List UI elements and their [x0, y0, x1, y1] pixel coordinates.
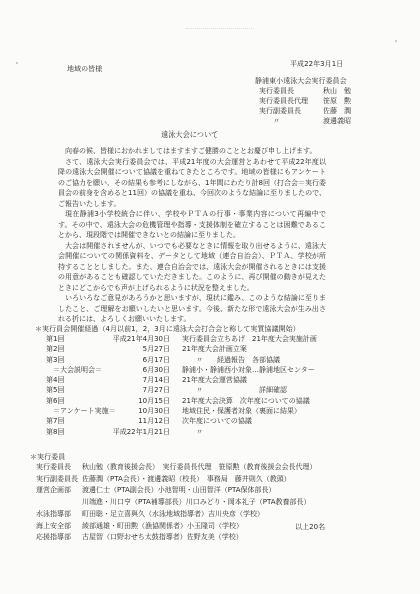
member-role: 実行委員長: [36, 462, 82, 474]
schedule-row: 第1回平成21年4月30日実行委員会立ちあげ 21年度大会実施計画: [46, 334, 317, 344]
member-names: 古屋智（口野おせち太鼓指導者）佐野友美（学校）: [82, 533, 243, 541]
schedule-heading: ＊実行員会開催経過（4月以前1，2，3月に遠泳大会打合会と称して実質協議開始）: [35, 324, 300, 334]
scan-speck: [16, 62, 18, 64]
meeting-label: 第8回: [46, 427, 104, 437]
member-row: 応援指導部古屋智（口野おせち太鼓指導者）佐野友美（学校）: [36, 532, 317, 544]
schedule-row: 第3回6月17日 〃 経過報告 各部協議: [46, 355, 317, 365]
meeting-content: 次年度についての協議: [182, 416, 252, 426]
meeting-content: 〃: [182, 427, 203, 437]
meeting-content: 21年度大会運営協議: [182, 375, 247, 385]
member-names: 町田聡・足立喜與久（水泳地域指導者）吉川央彦（学校）: [82, 510, 264, 518]
meeting-date: 10月15日: [104, 396, 182, 406]
meeting-date: 7月27日: [104, 385, 182, 395]
member-names: 佐藤潤（PTA会長）・渡邊義昭（校長） 事務局 藤井則久（教頭）: [82, 475, 291, 483]
schedule-row: 第6回10月15日21年度大会決算 次年度についての協議: [46, 396, 317, 406]
meeting-content: 〃 詳細確認: [182, 385, 287, 395]
members-list: 実行委員長秋山勉（教育後援会長） 実行委員長代理 笹原勲（教育後援会会長代理） …: [36, 462, 317, 544]
member-row: 実行委員長秋山勉（教育後援会長） 実行委員長代理 笹原勲（教育後援会会長代理）: [36, 462, 317, 474]
signatory: 〃渡邊義昭: [259, 116, 351, 126]
document-page: 平成22年3月1日 地域の皆様 静浦東小遠泳大会実行委員会 実行委員長秋山 勉 …: [0, 0, 420, 594]
member-names: 渡邊仁士（PTA副会長）小池智明・山田智洋（PTA保体部長）: [82, 486, 275, 494]
member-row: 川端進・川口亨（PTA補導部長）川口みどり・岡本礼子（PTA教養部長）: [36, 497, 317, 509]
paragraph: いろいろなご意見があろうかと思いますが、現状に鑑み、このような結論に至りましたこ…: [58, 293, 326, 325]
signatory: 実行副委員長佐藤 潤: [259, 106, 351, 116]
signatory-role: 実行副委員長: [259, 106, 323, 116]
member-names: 綾部通雄・町田勲（漁協関係者）小玉隆司（学校）: [82, 522, 243, 530]
meeting-label: ＝アンケート実施＝: [46, 406, 104, 416]
member-total: 以上20名: [295, 522, 325, 532]
signatory-name: 渡邊義昭: [323, 116, 351, 126]
meeting-content: 〃 経過報告 各部協議: [182, 355, 280, 365]
signatory: 実行委員長代理笹原 勲: [259, 96, 351, 106]
member-role: 応援指導部: [36, 532, 82, 544]
document-date: 平成22年3月1日: [290, 59, 343, 69]
scan-speck: [395, 40, 397, 42]
signatory-name: 秋山 勉: [323, 86, 351, 96]
meeting-label: 第4回: [46, 375, 104, 385]
member-row: 海上安全部綾部通雄・町田勲（漁協関係者）小玉隆司（学校）: [36, 521, 317, 533]
meeting-content: 地域住民・保護者対象（裏面に結果）: [182, 406, 301, 416]
signatory-name: 笹原 勲: [323, 96, 351, 106]
organization-name: 静浦東小遠泳大会実行委員会: [255, 76, 347, 86]
meeting-content: 実行委員会立ちあげ 21年度大会実施計画: [182, 334, 317, 344]
member-names: 川端進・川口亨（PTA補導部長）川口みどり・岡本礼子（PTA教養部長）: [82, 498, 310, 506]
meeting-label: 第7回: [46, 416, 104, 426]
schedule-list: 第1回平成21年4月30日実行委員会立ちあげ 21年度大会実施計画 第2回5月2…: [46, 334, 317, 437]
signatory: 実行委員長秋山 勉: [259, 86, 351, 96]
member-role: 水泳指導部: [36, 509, 82, 521]
meeting-date: 10月30日: [104, 406, 182, 416]
paragraph: 向春の候、皆様におかれましてはますますご健勝のこととお慶び申し上げます。: [58, 146, 326, 157]
addressee: 地域の皆様: [67, 64, 102, 74]
meeting-label: 第1回: [46, 334, 104, 344]
meeting-content: 21年度大会決算 次年度についての協議: [182, 396, 310, 406]
signatory-name: 佐藤 潤: [323, 106, 351, 116]
meeting-date: 5月27日: [104, 344, 182, 354]
meeting-date: 6月30日: [104, 365, 182, 375]
paragraph: 大会は開催されませんが、いつでも必要なときに情報を取り出せるように、遠泳大会開催…: [58, 241, 326, 294]
paragraph: 現在静浦3小学校統合に伴い、学校やＰＴＡの行事・事業内容について再編中です。その…: [58, 209, 326, 241]
meeting-date: 平成21年4月30日: [104, 334, 182, 344]
meeting-date: 平成22年1月21日: [104, 427, 182, 437]
meeting-label: 第5回: [46, 385, 104, 395]
signatory-role: 実行委員長代理: [259, 96, 323, 106]
schedule-row: ＝アンケート実施＝10月30日地域住民・保護者対象（裏面に結果）: [46, 406, 317, 416]
meeting-date: 11月12日: [104, 416, 182, 426]
paragraph: さて、遠泳大会実行委員会では、平成21年度の大会運営とあわせて平成22年度以降の…: [58, 157, 326, 210]
signatory-role: 〃: [259, 116, 323, 126]
meeting-content: 21年度大会計画立案: [182, 344, 247, 354]
member-row: 運営企画部渡邊仁士（PTA副会長）小池智明・山田智洋（PTA保体部長）: [36, 485, 317, 497]
meeting-label: 第3回: [46, 355, 104, 365]
member-names: 秋山勉（教育後援会長） 実行委員長代理 笹原勲（教育後援会会長代理）: [82, 463, 317, 471]
meeting-content: 静浦小・静浦西小対象…静浦地区センター: [182, 365, 315, 375]
member-role: 運営企画部: [36, 485, 82, 497]
meeting-label: 第6回: [46, 396, 104, 406]
schedule-row: ＝大会説明会＝6月30日静浦小・静浦西小対象…静浦地区センター: [46, 365, 317, 375]
member-role: 実行副委員長: [36, 474, 82, 486]
schedule-row: 第7回11月12日次年度についての協議: [46, 416, 317, 426]
signatory-role: 実行委員長: [259, 86, 323, 96]
schedule-row: 第8回平成22年1月21日 〃: [46, 427, 317, 437]
members-heading: ＊実行委員: [30, 452, 65, 462]
schedule-row: 第4回7月14日21年度大会運営協議: [46, 375, 317, 385]
scan-artifact: [186, 28, 254, 43]
member-row: 実行副委員長佐藤潤（PTA会長）・渡邊義昭（校長） 事務局 藤井則久（教頭）: [36, 474, 317, 486]
body-text: 向春の候、皆様におかれましてはますますご健勝のこととお慶び申し上げます。 さて、…: [58, 146, 326, 325]
meeting-label: ＝大会説明会＝: [46, 365, 104, 375]
meeting-date: 7月14日: [104, 375, 182, 385]
document-subject: 遠泳大会について: [161, 130, 218, 140]
member-row: 水泳指導部町田聡・足立喜與久（水泳地域指導者）吉川央彦（学校）: [36, 509, 317, 521]
schedule-row: 第5回7月27日 〃 詳細確認: [46, 385, 317, 395]
member-role: 海上安全部: [36, 521, 82, 533]
meeting-date: 6月17日: [104, 355, 182, 365]
schedule-row: 第2回5月27日21年度大会計画立案: [46, 344, 317, 354]
meeting-label: 第2回: [46, 344, 104, 354]
